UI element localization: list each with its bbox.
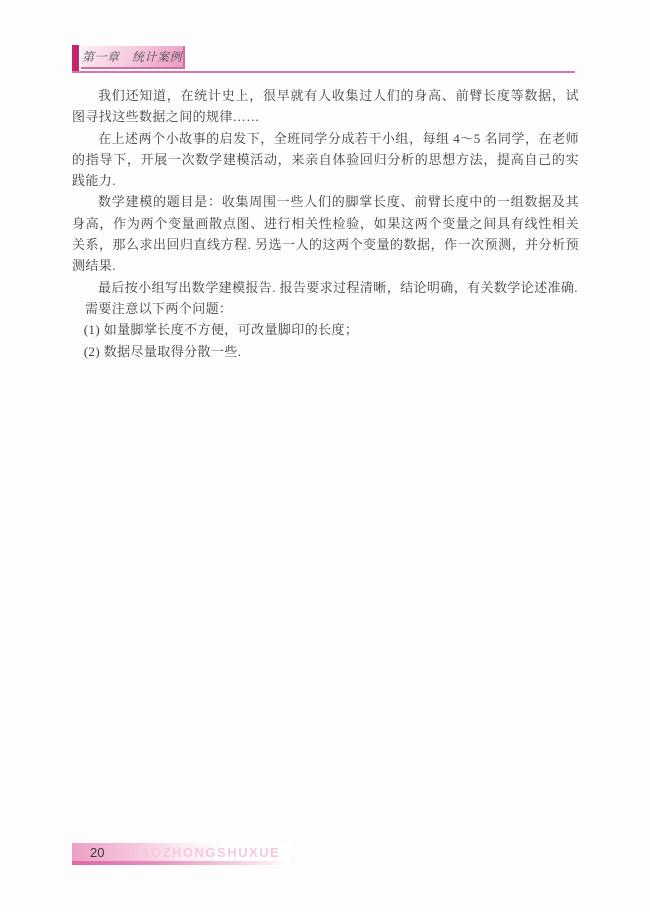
chapter-accent-bar bbox=[72, 45, 79, 71]
note-item-2: (2) 数据尽量取得分散一些. bbox=[72, 341, 579, 362]
paragraph-intro: 我们还知道，在统计史上，很早就有人收集过人们的身高、前臂长度等数据，试图寻找这些… bbox=[72, 85, 579, 128]
paragraph-notes-heading: 需要注意以下两个问题： bbox=[72, 298, 579, 319]
chapter-tab: 第一章 统计案例 bbox=[81, 46, 185, 69]
watermark-text: GAOZHONGSHUXUE bbox=[128, 845, 280, 860]
chapter-title: 第一章 统计案例 bbox=[82, 48, 182, 65]
paragraph-activity: 在上述两个小故事的启发下，全班同学分成若干小组，每组 4～5 名同学，在老师的指… bbox=[72, 128, 579, 192]
paragraph-topic: 数学建模的题目是：收集周围一些人们的脚掌长度、前臂长度中的一组数据及其身高，作为… bbox=[72, 191, 579, 276]
footer-bar: 20 GAOZHONGSHUXUE bbox=[72, 843, 290, 861]
paragraph-report: 最后按小组写出数学建模报告. 报告要求过程清晰，结论明确，有关数学论述准确. bbox=[72, 277, 579, 298]
header-rule bbox=[72, 71, 575, 73]
footer-rule bbox=[72, 861, 290, 865]
page-number: 20 bbox=[90, 845, 104, 860]
textbook-page: 第一章 统计案例 我们还知道，在统计史上，很早就有人收集过人们的身高、前臂长度等… bbox=[0, 0, 650, 912]
note-item-1: (1) 如量脚掌长度不方便，可改量脚印的长度； bbox=[72, 319, 579, 340]
page-body: 我们还知道，在统计史上，很早就有人收集过人们的身高、前臂长度等数据，试图寻找这些… bbox=[72, 85, 579, 362]
